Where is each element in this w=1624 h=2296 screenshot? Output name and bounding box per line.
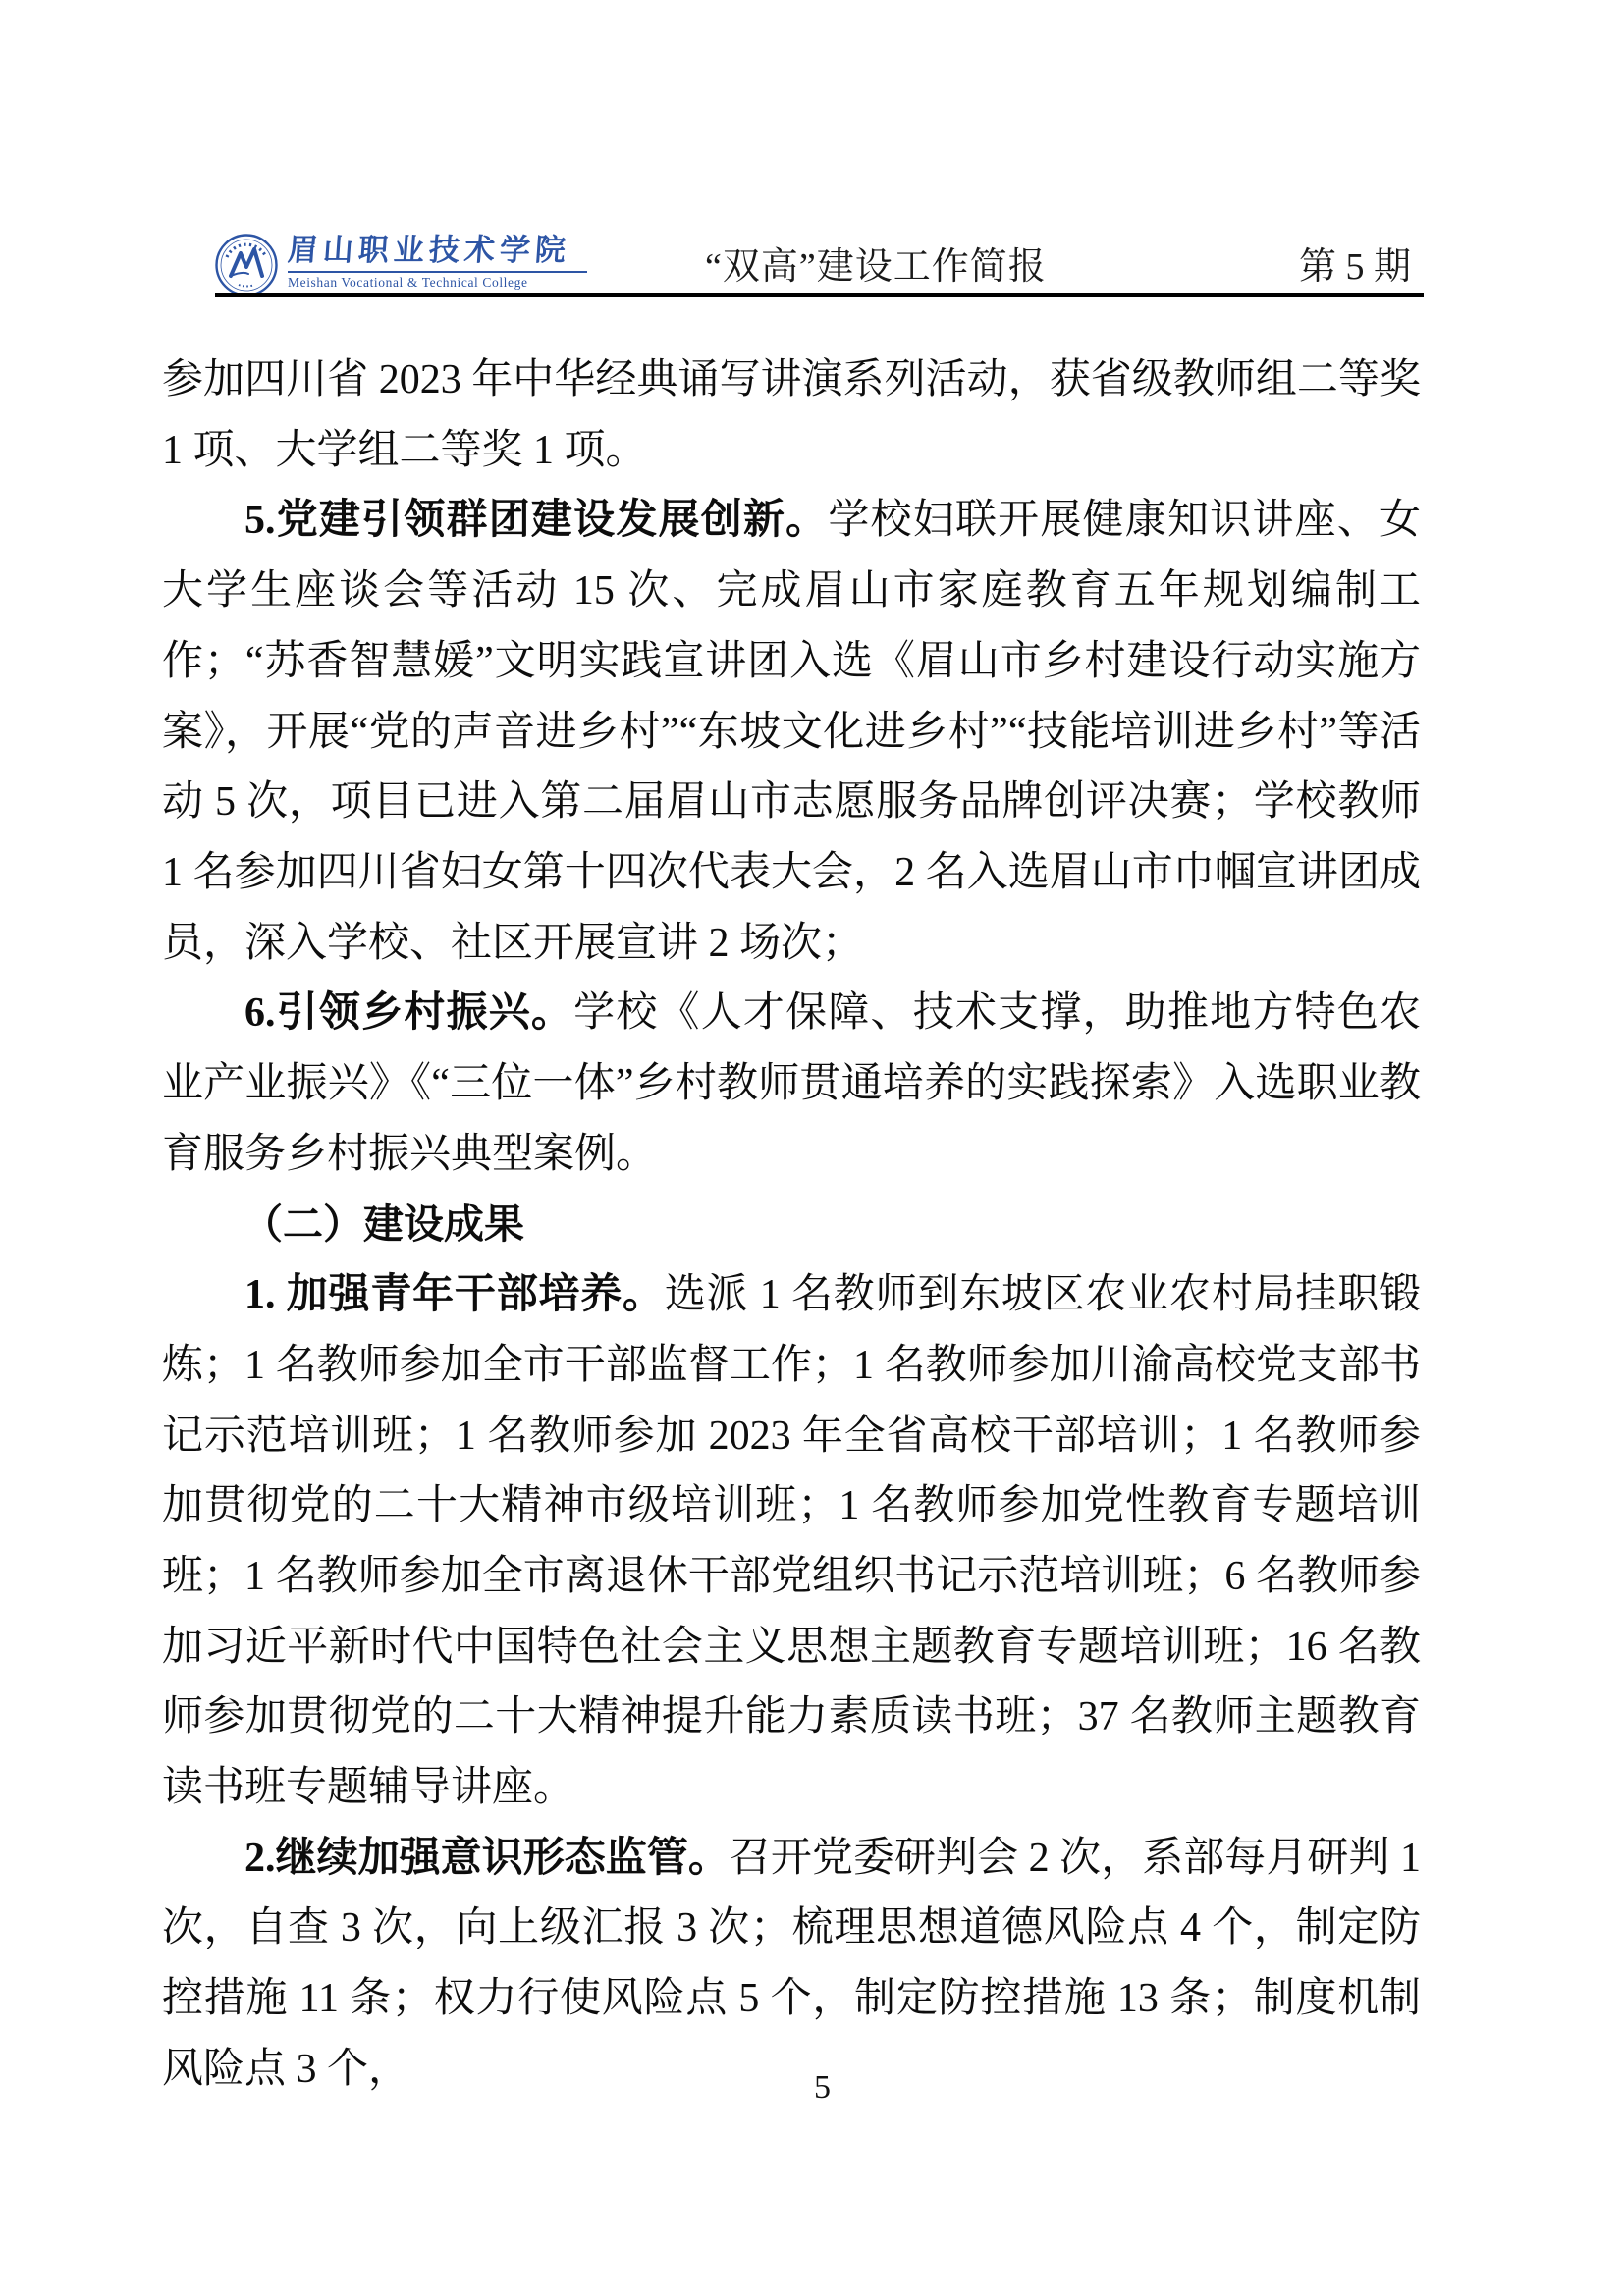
paragraph-item-1: 1. 加强青年干部培养。选派 1 名教师到东坡区农业农村局挂职锻炼；1 名教师参… (162, 1260, 1421, 1824)
issue-number: 第 5 期 (1299, 246, 1411, 288)
college-seal-icon (215, 234, 278, 296)
college-logo: 眉山职业技术学院 Meishan Vocational & Technical … (215, 234, 587, 296)
paragraph-item-6: 6.引领乡村振兴。学校《人才保障、技术支撑，助推地方特色农业产业振兴》《“三位一… (162, 979, 1421, 1190)
document-page: 眉山职业技术学院 Meishan Vocational & Technical … (0, 0, 1624, 2296)
document-body: 参加四川省 2023 年中华经典诵写讲演系列活动，获省级教师组二等奖 1 项、大… (162, 346, 1421, 2106)
college-name-en: Meishan Vocational & Technical College (288, 274, 587, 291)
paragraph-continuation: 参加四川省 2023 年中华经典诵写讲演系列活动，获省级教师组二等奖 1 项、大… (162, 346, 1421, 486)
logo-divider (288, 271, 587, 273)
paragraph-lead-bold: 2.继续加强意识形态监管。 (244, 1836, 730, 1881)
paragraph-text: 参加四川省 2023 年中华经典诵写讲演系列活动，获省级教师组二等奖 1 项、大… (162, 357, 1421, 473)
logo-text-block: 眉山职业技术学院 Meishan Vocational & Technical … (288, 234, 587, 291)
paragraph-text: 学校妇联开展健康知识讲座、女大学生座谈会等活动 15 次、完成眉山市家庭教育五年… (162, 498, 1421, 965)
paragraph-item-5: 5.党建引领群团建设发展创新。学校妇联开展健康知识讲座、女大学生座谈会等活动 1… (162, 486, 1421, 979)
paragraph-lead-bold: 6.引领乡村振兴。 (244, 990, 573, 1036)
paragraph-lead-bold: 5.党建引领群团建设发展创新。 (244, 498, 828, 543)
college-name-cn: 眉山职业技术学院 (287, 234, 588, 267)
bulletin-title: “双高”建设工作简报 (705, 246, 1019, 288)
paragraph-item-2: 2.继续加强意识形态监管。召开党委研判会 2 次，系部每月研判 1 次，自查 3… (162, 1824, 1421, 2106)
paragraph-text: 选派 1 名教师到东坡区农业农村局挂职锻炼；1 名教师参加全市干部监督工作；1 … (162, 1272, 1421, 1810)
page-number: 5 (0, 2069, 1624, 2107)
header-rule (215, 293, 1424, 297)
paragraph-lead-bold: 1. 加强青年干部培养。 (244, 1272, 665, 1317)
section-heading: （二）建设成果 (162, 1190, 1421, 1260)
